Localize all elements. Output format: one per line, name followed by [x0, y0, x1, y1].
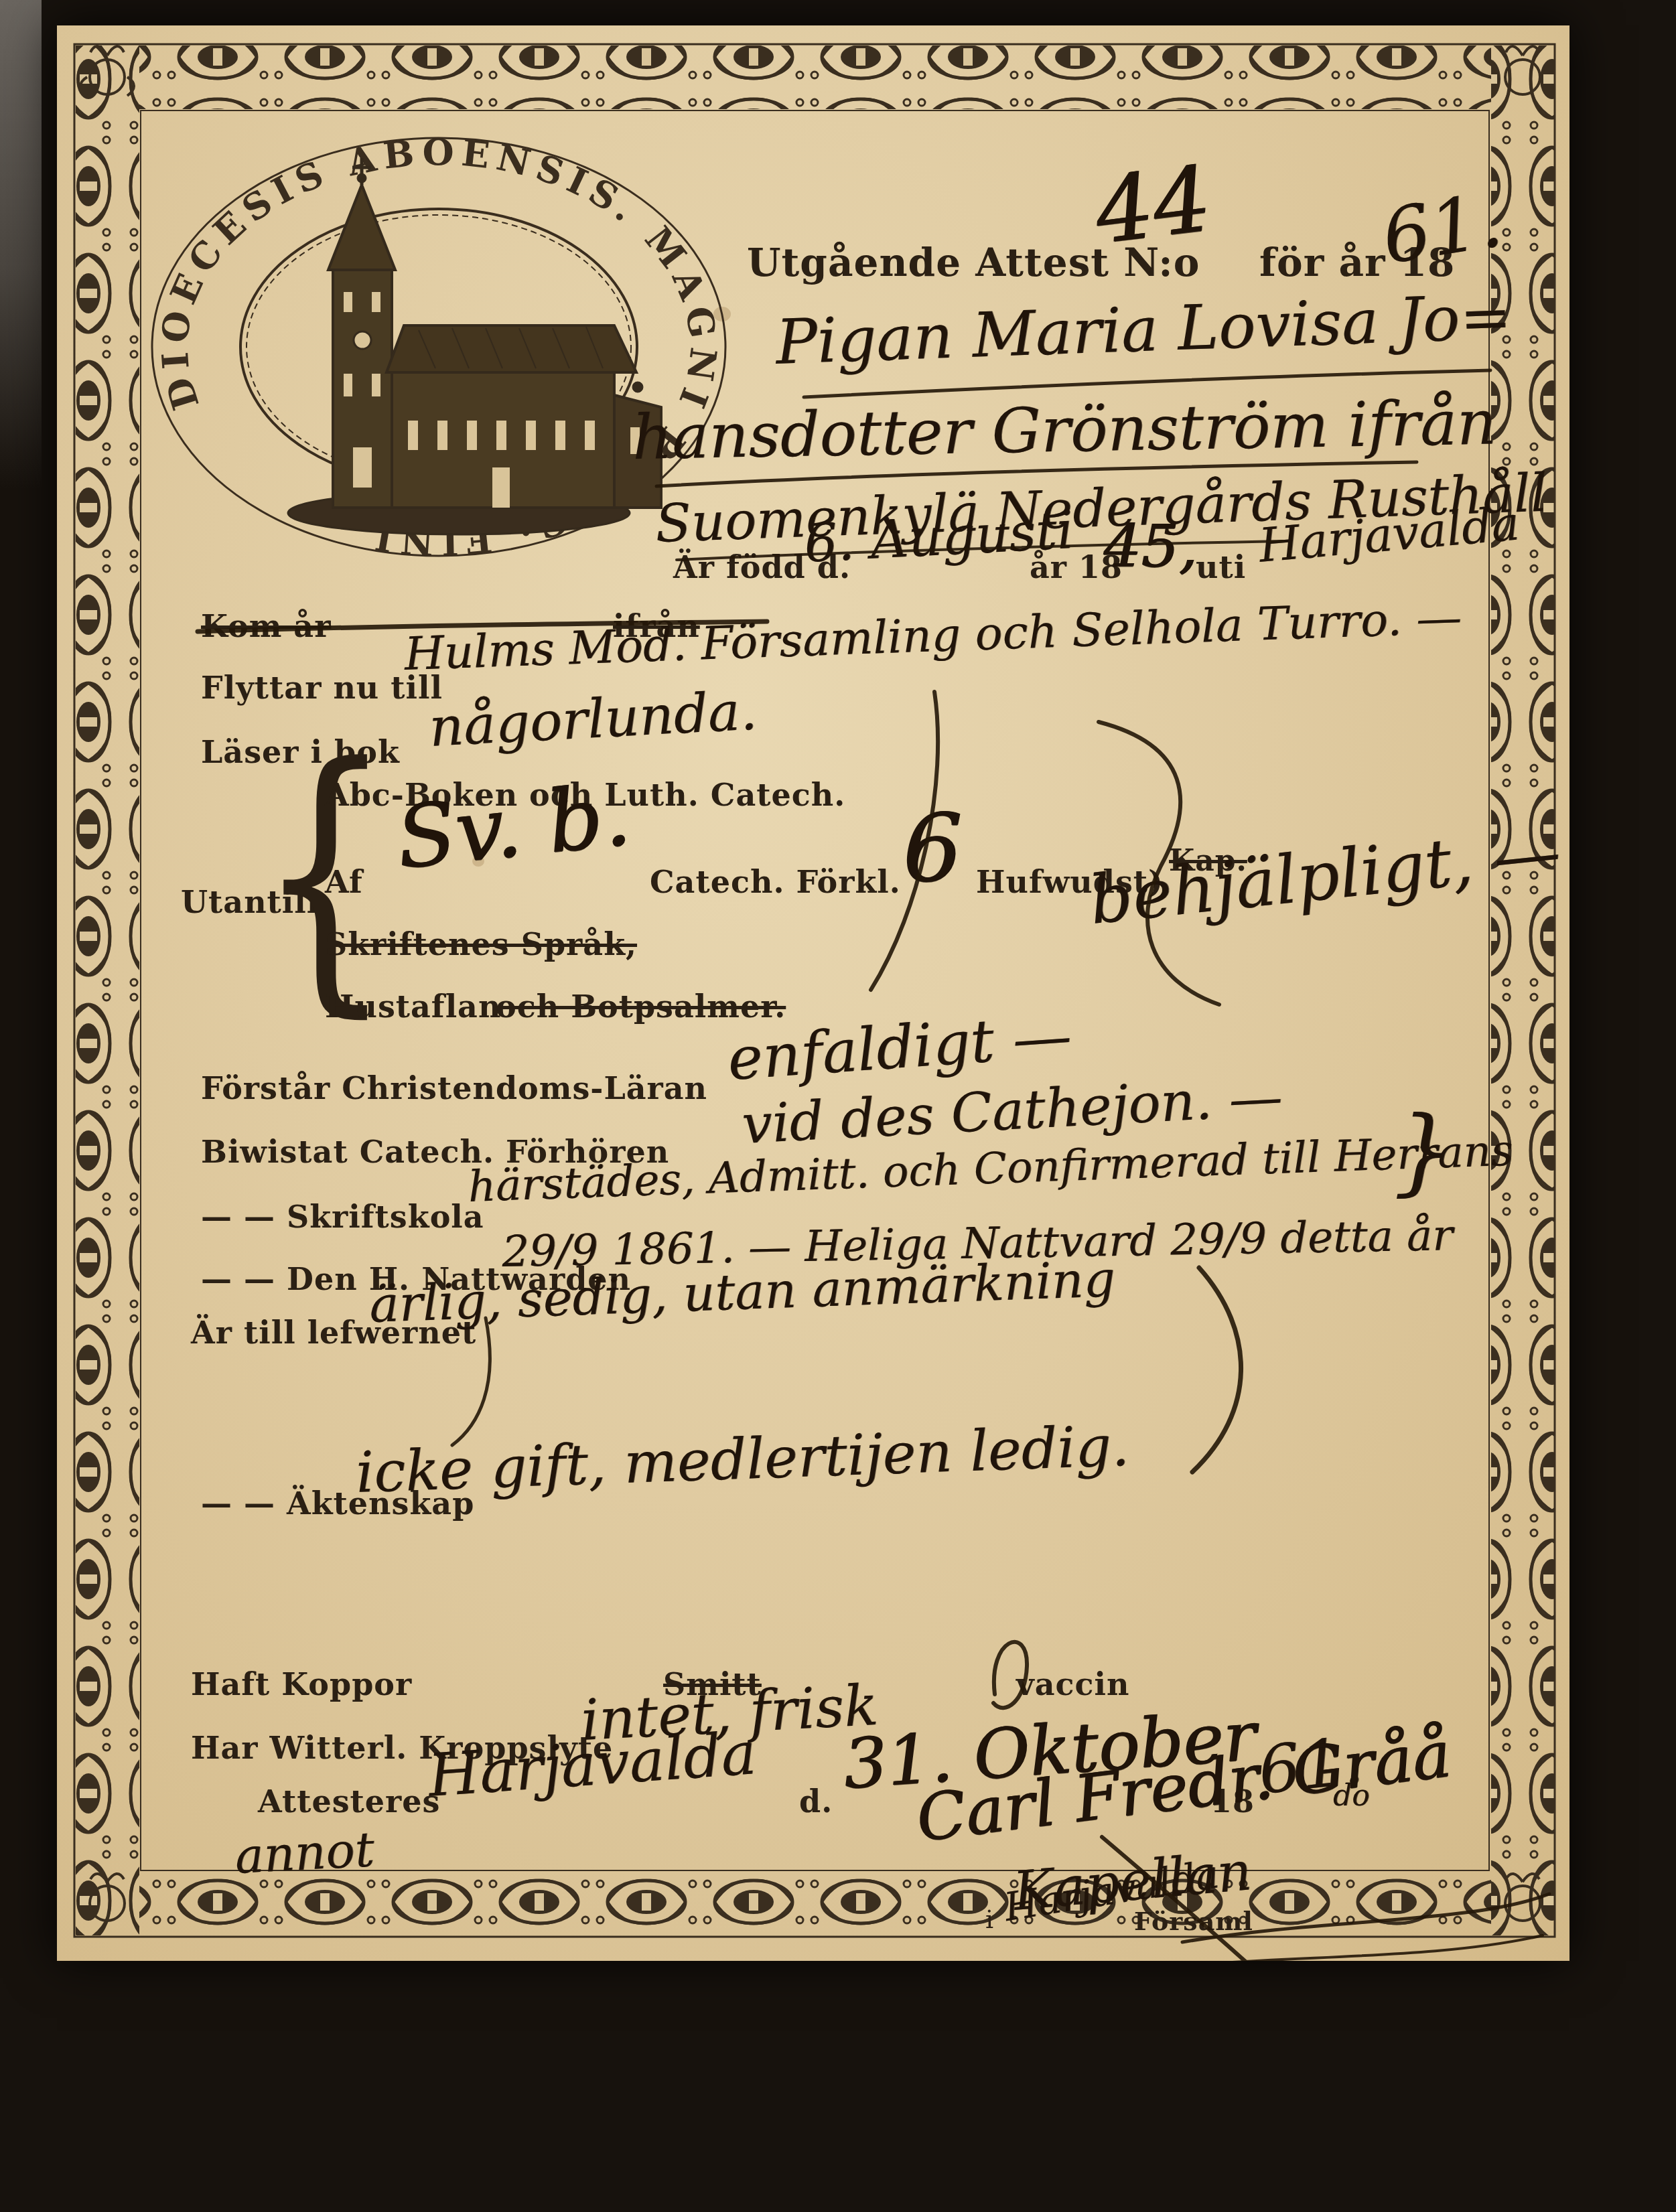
person-name-line2: hansdotter Grönström ifrån [632, 386, 1497, 473]
row-skriftskola-label: — — Skriftskola [201, 1199, 484, 1235]
born-year-handwritten: 45, [1103, 512, 1197, 581]
utantill-row2-catech: Catech. Förkl. [650, 864, 901, 900]
utantill-row4-struck: och Botpsalmer. [496, 988, 786, 1025]
signature-extra: do [1333, 1779, 1370, 1813]
utantill-row4-hustaflan: Hustaflan [325, 988, 501, 1025]
utantill-row2-number: 6 [902, 794, 962, 903]
annot-handwritten: annot [234, 1821, 376, 1885]
born-uti-label: uti [1196, 549, 1246, 585]
attest-year-handwritten: 61. [1377, 177, 1508, 281]
adjacent-page-edge [0, 0, 42, 489]
diocese-seal: DIOECESIS ABOENSIS. MAGNI PRINC: FINL. [137, 133, 740, 568]
signature-forsaml-label: Församl [1134, 1906, 1253, 1936]
utantill-row3-struck: Skriftenes Språk, [325, 926, 637, 962]
certificate-paper: DIOECESIS ABOENSIS. MAGNI PRINC: FINL. [57, 25, 1569, 1961]
kom-ar-label-struck: Kom år [201, 608, 331, 644]
signature-i-label: i [985, 1905, 994, 1934]
herrans-closing-brace: } [1393, 1097, 1453, 1206]
row-christendoms-label: Förstår Christendoms-Läran [201, 1070, 707, 1106]
photograph-of-document: { "page": { "background": "#17120d", "pa… [0, 0, 1676, 2212]
attest-d-label: d. [799, 1783, 833, 1820]
vaccin-label: vaccin [1016, 1666, 1129, 1702]
attesteres-label: Attesteres [258, 1783, 440, 1820]
attest-number-handwritten: 44 [1089, 146, 1216, 265]
utantill-row2-af: Af [325, 864, 363, 900]
koppor-label: Haft Koppor [191, 1666, 412, 1702]
